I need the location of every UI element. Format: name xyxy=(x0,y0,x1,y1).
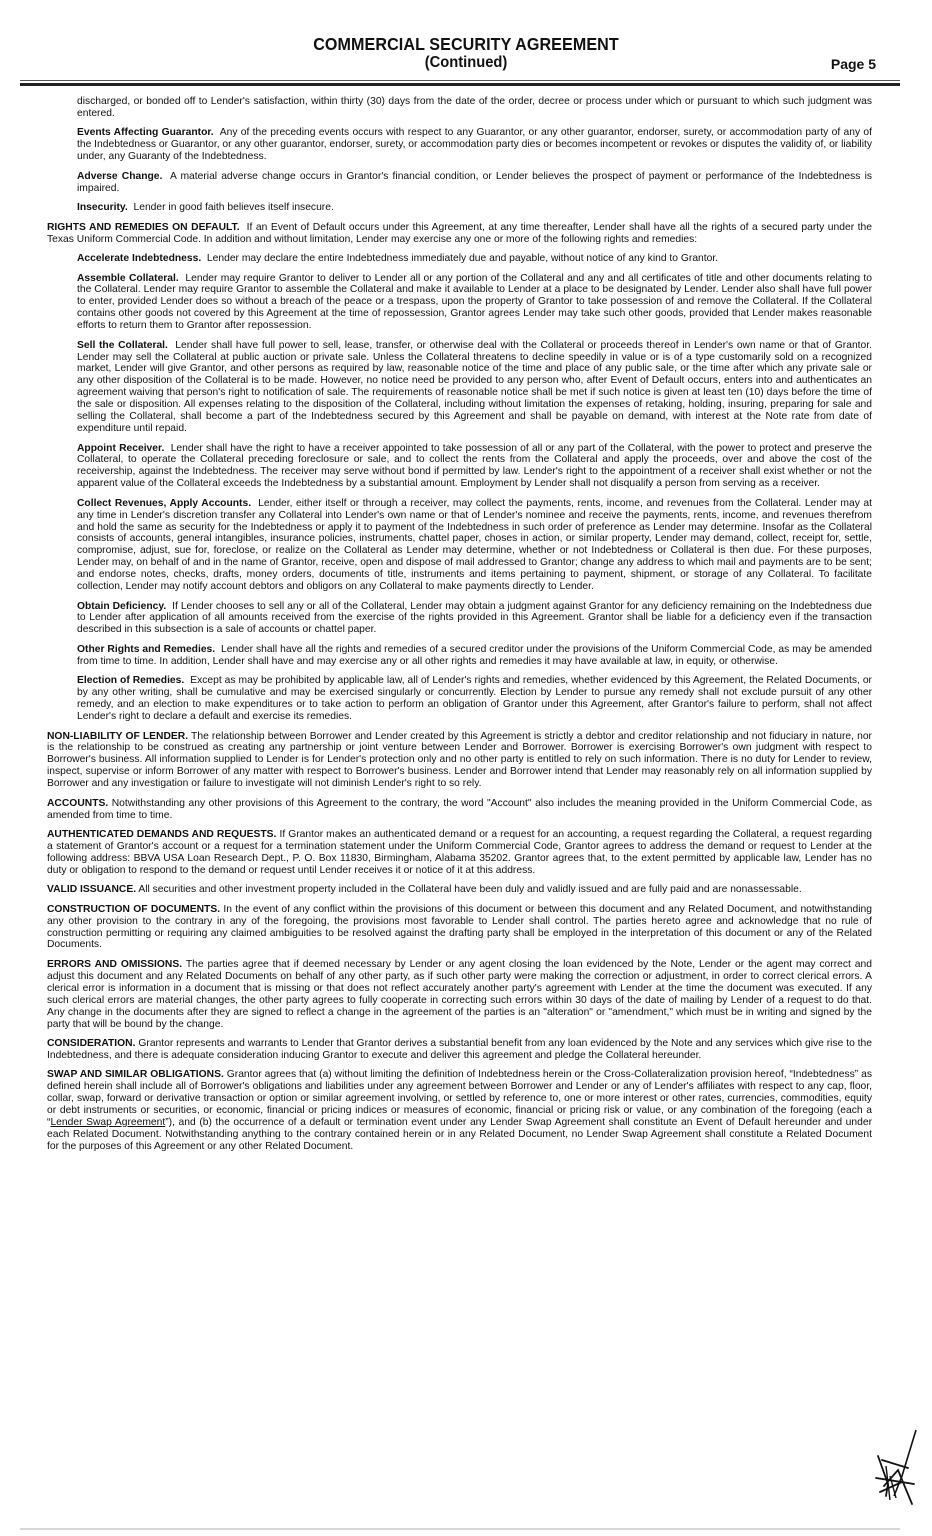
section-consideration: CONSIDERATION. Grantor represents and wa… xyxy=(47,1038,872,1062)
paragraph-insecurity: Insecurity. Lender in good faith believe… xyxy=(77,202,872,214)
section-errors-and-omissions: ERRORS AND OMISSIONS. The parties agree … xyxy=(47,959,872,1030)
section-heading: AUTHENTICATED DEMANDS AND REQUESTS. xyxy=(47,829,276,840)
paragraph-heading: Collect Revenues, Apply Accounts. xyxy=(77,498,251,509)
section-heading: CONSIDERATION. xyxy=(47,1038,135,1049)
section-heading: RIGHTS AND REMEDIES ON DEFAULT. xyxy=(47,222,240,233)
document-body: discharged, or bonded off to Lender's sa… xyxy=(47,96,872,1160)
document-page: COMMERCIAL SECURITY AGREEMENT (Continued… xyxy=(0,0,932,1536)
section-non-liability: NON-LIABILITY OF LENDER. The relationshi… xyxy=(47,731,872,791)
section-heading: NON-LIABILITY OF LENDER. xyxy=(47,731,188,742)
paragraph-heading: Other Rights and Remedies. xyxy=(77,644,215,655)
paragraph-heading: Insecurity. xyxy=(77,202,128,213)
paragraph-appoint-receiver: Appoint Receiver. Lender shall have the … xyxy=(77,443,872,491)
paragraph-adverse-change: Adverse Change. A material adverse chang… xyxy=(77,171,872,195)
paragraph-collect-revenues: Collect Revenues, Apply Accounts. Lender… xyxy=(77,498,872,593)
paragraph-heading: Events Affecting Guarantor. xyxy=(77,127,214,138)
section-construction-of-documents: CONSTRUCTION OF DOCUMENTS. In the event … xyxy=(47,904,872,952)
paragraph-heading: Adverse Change. xyxy=(77,171,162,182)
paragraph-assemble-collateral: Assemble Collateral. Lender may require … xyxy=(77,273,872,333)
paragraph-heading: Appoint Receiver. xyxy=(77,443,164,454)
page-number: Page 5 xyxy=(831,56,876,72)
section-heading: ERRORS AND OMISSIONS. xyxy=(47,959,182,970)
section-authenticated-demands: AUTHENTICATED DEMANDS AND REQUESTS. If G… xyxy=(47,829,872,877)
paragraph-judgment-continued: discharged, or bonded off to Lender's sa… xyxy=(77,96,872,120)
document-subtitle: (Continued) xyxy=(37,54,894,72)
paragraph-obtain-deficiency: Obtain Deficiency. If Lender chooses to … xyxy=(77,601,872,637)
section-valid-issuance: VALID ISSUANCE. All securities and other… xyxy=(47,884,872,896)
paragraph-heading: Sell the Collateral. xyxy=(77,340,168,351)
paragraph-sell-collateral: Sell the Collateral. Lender shall have f… xyxy=(77,340,872,435)
section-heading: ACCOUNTS. xyxy=(47,798,108,809)
section-heading: VALID ISSUANCE. xyxy=(47,884,136,895)
footer-divider xyxy=(20,1528,900,1530)
header-divider-thick xyxy=(20,83,900,86)
section-accounts: ACCOUNTS. Notwithstanding any other prov… xyxy=(47,798,872,822)
paragraph-events-affecting-guarantor: Events Affecting Guarantor. Any of the p… xyxy=(77,127,872,163)
section-heading: SWAP AND SIMILAR OBLIGATIONS. xyxy=(47,1069,224,1080)
handwritten-initials-icon xyxy=(872,1426,922,1512)
paragraph-heading: Assemble Collateral. xyxy=(77,273,179,284)
paragraph-heading: Election of Remedies. xyxy=(77,675,184,686)
paragraph-accelerate-indebtedness: Accelerate Indebtedness. Lender may decl… xyxy=(77,253,872,265)
paragraph-election-of-remedies: Election of Remedies. Except as may be p… xyxy=(77,675,872,723)
document-title: COMMERCIAL SECURITY AGREEMENT xyxy=(37,34,894,55)
defined-term-lender-swap-agreement: Lender Swap Agreement xyxy=(50,1117,165,1128)
paragraph-other-rights: Other Rights and Remedies. Lender shall … xyxy=(77,644,872,668)
paragraph-heading: Accelerate Indebtedness. xyxy=(77,253,201,264)
section-rights-and-remedies: RIGHTS AND REMEDIES ON DEFAULT. If an Ev… xyxy=(47,222,872,246)
section-swap-obligations: SWAP AND SIMILAR OBLIGATIONS. Grantor ag… xyxy=(47,1069,872,1152)
section-heading: CONSTRUCTION OF DOCUMENTS. xyxy=(47,904,220,915)
header-divider-thin xyxy=(20,80,900,81)
paragraph-heading: Obtain Deficiency. xyxy=(77,601,166,612)
